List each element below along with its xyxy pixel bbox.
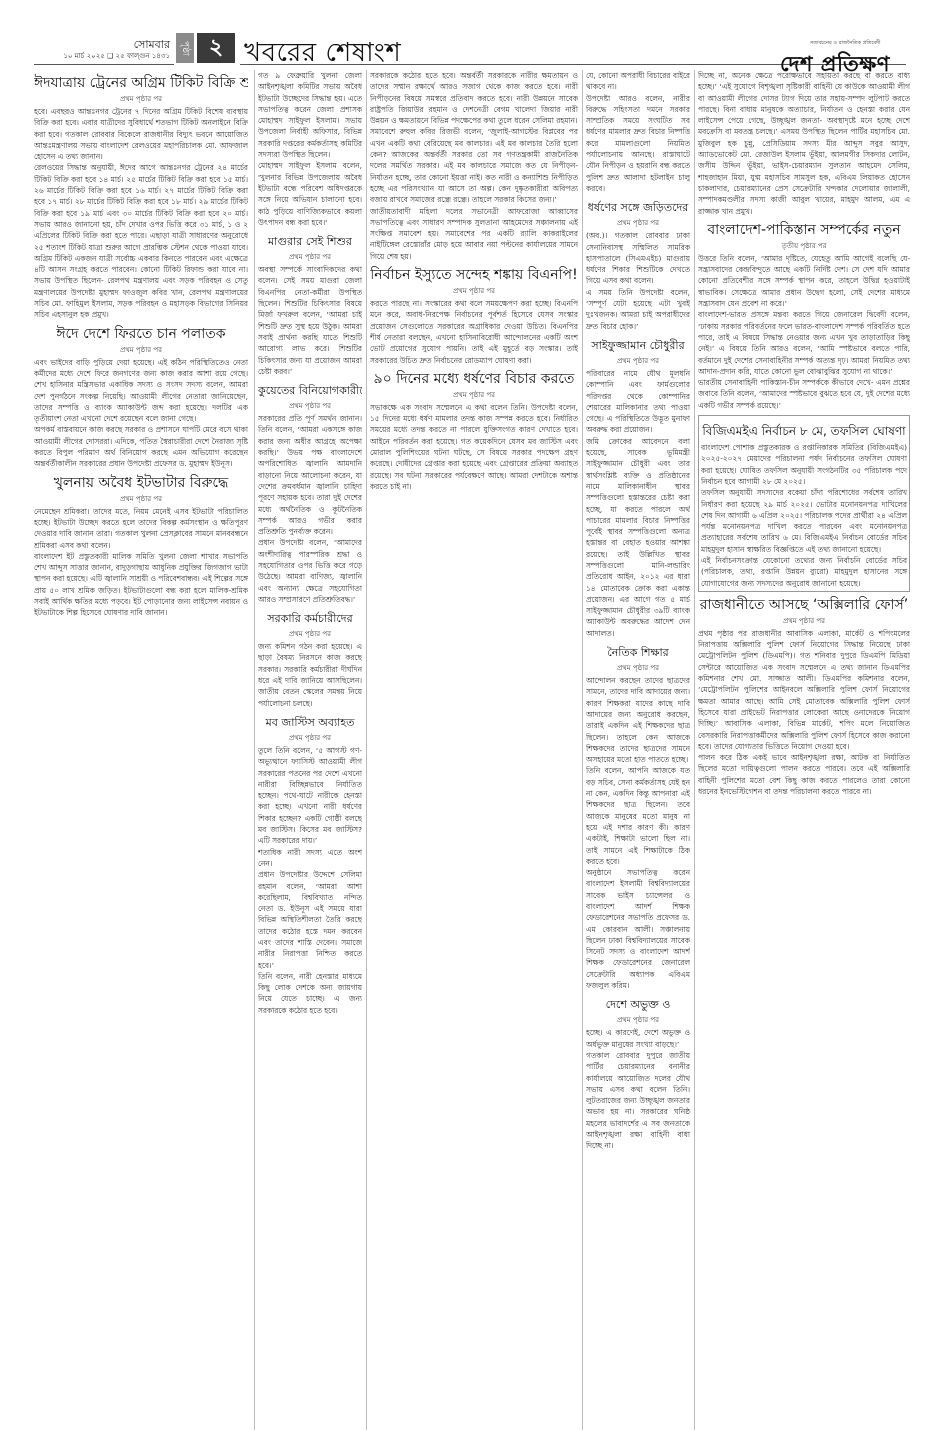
article-mob-justice: মব জাস্টিস অব্যাহত প্রথম পৃষ্ঠার পর তুলে… — [258, 712, 362, 1016]
article-ninety-days-trial: ৯০ দিনের মধ্যে ধর্ষণের বিচার করতে প্রথম … — [370, 369, 578, 492]
article-paragraph: প্রধান উপদেষ্টা বলেন, ‘আমাদের অংশীদারিত্… — [258, 537, 362, 605]
article-paragraph: সরকারকে কঠোর হতে হবে। অন্তর্বর্তী সরকারক… — [370, 70, 578, 126]
column-4: যে, কোনো অপরাধী বিচারের বাইরে থাকবে না। … — [586, 70, 690, 1430]
article-paragraph: বাংলাদেশ পোশাক প্রস্তুতকারক ও রপ্তানিকার… — [701, 442, 907, 487]
continued-label: প্রথম পৃষ্ঠার পর — [698, 616, 910, 626]
article-paragraph: করতে পারছে না। সংস্কারের কথা বলে সময়ক্ষ… — [370, 298, 578, 366]
column-divider — [582, 70, 583, 1430]
continued-label: প্রথম পৃষ্ঠার পর — [370, 390, 578, 400]
headline: রাজধানীতে আসছে ‘অক্সিলারি ফোর্স’ — [698, 595, 910, 616]
continued-label: প্রথম পৃষ্ঠার পর — [258, 252, 362, 262]
article-paragraph: ভারতীয় সেনাবাহিনী পাকিস্তান-চীন সম্পর্ক… — [698, 377, 910, 411]
headline: নির্বাচন ইস্যুতে সন্দেহ শঙ্কায় বিএনপি! — [370, 265, 578, 286]
column-divider — [366, 70, 367, 1430]
article-eid-train-tickets: ঈদযাত্রায় ট্রেনের অগ্রিম টিকিট বিক্রি শ… — [34, 73, 248, 321]
article-bd-pak-relations: বাংলাদেশ-পাকিস্তান সম্পর্কের নতুন তৃতীয়… — [698, 220, 910, 411]
article-auxiliary-force: রাজধানীতে আসছে ‘অক্সিলারি ফোর্স’ প্রথম প… — [698, 595, 910, 797]
article-govt-employees: সরকারি কর্মচারীদের প্রথম পৃষ্ঠার পর জন্য… — [258, 608, 362, 709]
column-5: দিচ্ছে না, অনেক ক্ষেত্রে পরোক্ষভাবে সহায… — [698, 70, 910, 1430]
article-rape-accused: ধর্ষণের সঙ্গে জড়িতদের প্রথম পৃষ্ঠার পর … — [586, 197, 690, 332]
article-paragraph: দিচ্ছে না, অনেক ক্ষেত্রে পরোক্ষভাবে সহায… — [698, 70, 910, 217]
continued-label: প্রথম পৃষ্ঠার পর — [34, 494, 248, 504]
article-paragraph: সমাবেশে রুহুল কবির রিজভী বলেন, ‘জুলাই-আগ… — [370, 126, 578, 205]
article-bgmea-election: বিজিএমইএ নির্বাচন ৮ মে, তফসিল ঘোষণা বাংল… — [698, 415, 910, 592]
article-paragraph: তিনি বলেন, আপনি আজকে যত বড় সচিব, সেনা ক… — [586, 765, 690, 867]
headline: নৈতিক শিক্ষার — [586, 642, 690, 663]
article-paragraph: (অব.)। গতকাল রোববার ঢাকা সেনানিবাসস্থ সম… — [586, 230, 690, 286]
article-khulna-brickfields: খুলনায় অবৈধ ইটভাটার বিরুদ্ধে প্রথম পৃষ্… — [34, 473, 248, 619]
article-paragraph: যে, কোনো অপরাধী বিচারের বাইরে থাকবে না। — [586, 70, 690, 93]
article-magura-child: মাগুরার সেই শিশুর প্রথম পৃষ্ঠার পর অবস্থ… — [258, 231, 362, 377]
article-paragraph: অপকর্ম বাস্তবায়নে কাজ করছে সরকার ও প্রশ… — [34, 424, 248, 469]
headline: খুলনায় অবৈধ ইটভাটার বিরুদ্ধে — [34, 473, 248, 494]
article-paragraph: প্রধান উপদেষ্টার উদ্দেশে সেলিমা রহমান বল… — [258, 869, 362, 971]
article-paragraph: আন্দোলন করছেন তাদের ছাত্রদের সামনে, তাদে… — [586, 675, 690, 765]
continued-label: প্রথম পৃষ্ঠার পর — [586, 218, 690, 228]
article-paragraph: পালন করে ঠিক একই ভাবে আইনশৃঙ্খলা রক্ষা, … — [698, 752, 910, 797]
headline: কুয়েতের বিনিয়োগকারীদের — [258, 380, 362, 401]
continued-label: প্রথম পৃষ্ঠার পর — [34, 345, 248, 355]
issue-date: ১০ মার্চ ২০২৫ ❑ ২৫ ফাল্গুন ১৪৩১ — [40, 50, 170, 62]
article-paragraph: এবং ভাইদের বাড়ি পুড়িয়ে দেয়া হয়েছে। … — [34, 357, 248, 425]
column-1: ঈদযাত্রায় ট্রেনের অগ্রিম টিকিট বিক্রি শ… — [34, 70, 248, 1430]
masthead: সোমবার ১০ মার্চ ২০২৫ ❑ ২৫ ফাল্গুন ১৪৩১ প… — [0, 0, 945, 62]
article-paragraph: শতাধিক নারী সদস্য এতে অংশ নেন। — [258, 847, 362, 870]
article-paragraph: এই নির্বাচনসংক্রান্ত যেকোনো তথ্যের জন্য … — [701, 555, 907, 589]
article-paragraph: সভাকক্ষে এক সংবাদ সম্মেলনে এ কথা বলেন তি… — [370, 402, 578, 492]
logo-tagline: সত্যবচনের ও রাজনৈতিক প্রতিবেদী — [810, 40, 890, 48]
article-paragraph: জমি ক্রোকের আবেদনে বলা হয়েছে, সাবেক ভূম… — [586, 436, 690, 639]
article-paragraph: সরকারের প্রতি পূর্ণ সমর্থন জানান। তিনি ব… — [258, 413, 362, 537]
headline: দেশে অভুক্ত ও — [586, 994, 690, 1015]
article-paragraph: বাংলাদেশ-ভারত প্রসঙ্গে মন্তব্য করতে গিয়… — [698, 309, 910, 377]
continued-label: প্রথম পৃষ্ঠার পর — [586, 1015, 690, 1025]
column-divider — [694, 70, 695, 1430]
article-paragraph: বাংলাদেশ ইট প্রস্তুতকারী মালিক সমিতি খুল… — [34, 551, 248, 619]
column-3: সরকারকে কঠোর হতে হবে। অন্তর্বর্তী সরকারক… — [370, 70, 578, 1430]
headline: বাংলাদেশ-পাকিস্তান সম্পর্কের নতুন — [698, 220, 910, 241]
article-bnp-election: সরকারকে কঠোর হতে হবে। অন্তর্বর্তী সরকারক… — [370, 70, 578, 366]
article-eid-fugitive: ঈদে দেশে ফিরতে চান পলাতক প্রথম পৃষ্ঠার প… — [34, 324, 248, 470]
headline: মাগুরার সেই শিশুর — [258, 231, 362, 252]
article-paragraph: অনুষ্ঠানে সভাপতিত্ব করেন বাংলাদেশ ইসলামী… — [586, 867, 690, 991]
page-tag: পৃষ্ঠা — [176, 33, 194, 63]
article-paragraph: রেলওয়ের সিদ্ধান্ত অনুযায়ী, ঈদের আগে আন… — [34, 162, 248, 320]
headline: সাইফুজ্জামান চৌধুরীর — [586, 335, 690, 356]
header-rule-left — [34, 64, 174, 65]
article-paragraph: হচ্ছে। এ কারণেই, দেশে অভুক্ত ও অর্ধভুক্ত… — [586, 1027, 690, 1050]
continued-label: প্রথম পৃষ্ঠার পর — [370, 286, 578, 296]
continued-label: প্রথম পৃষ্ঠার পর — [258, 733, 362, 743]
article-paragraph: উত্তরে তিনি বলেন, ‘আমার দৃষ্টিতে, যেহেতু… — [698, 253, 910, 309]
article-paragraph: অবস্থা সম্পর্কে সাংবাদিকদের কথা বলেন। সে… — [258, 264, 362, 377]
page-number: ২ — [197, 33, 235, 63]
column-2: গত ৯ ফেব্রুয়ারি খুলনা জেলা আইনশৃঙ্খলা ক… — [258, 70, 362, 1430]
article-paragraph: এ সময় তিনি উপদেষ্টা বলেন, ‘সম্পূর্ণ যেট… — [586, 287, 690, 332]
continued-label: প্রথম পৃষ্ঠার পর — [586, 356, 690, 366]
article-paragraph: উপদেষ্টা আরও বলেন, নারীর বিরুদ্ধে সহিংসত… — [586, 93, 690, 195]
article-paragraph: তফসিল অনুযায়ী সদস্যদের বকেয়া চাঁদা পরি… — [701, 487, 907, 555]
continued-label: প্রথম পৃষ্ঠার পর — [258, 401, 362, 411]
article-hungry-people: দেশে অভুক্ত ও প্রথম পৃষ্ঠার পর হচ্ছে। এ … — [586, 994, 690, 1151]
headline: বিজিএমইএ নির্বাচন ৮ মে, তফসিল ঘোষণা — [701, 421, 907, 442]
article-paragraph: জন্য কমিশন গঠন করা হয়েছে। এ ছাড়া বৈষম্… — [258, 641, 362, 709]
headline: মব জাস্টিস অব্যাহত — [258, 712, 362, 733]
headline: ধর্ষণের সঙ্গে জড়িতদের — [586, 197, 690, 218]
article-kuwait-investors: কুয়েতের বিনিয়োগকারীদের প্রথম পৃষ্ঠার প… — [258, 380, 362, 605]
continued-label: প্রথম পৃষ্ঠার পর — [34, 94, 248, 104]
article-paragraph: মোহাম্মদ সাইফুল ইসলাম বলেন, 'খুলনার বিভি… — [258, 160, 362, 228]
article-paragraph: প্রথম পৃষ্ঠার পর রাজধানীর আবাসিক এলাকা, … — [698, 628, 910, 752]
article-paragraph: পরিবারের নামে যৌথ মূলধনি কোম্পানি এবং ফা… — [586, 368, 690, 436]
headline: ঈদে দেশে ফিরতে চান পলাতক — [34, 324, 248, 345]
article-paragraph: জাতীয়তাবাদী মহিলা দলের সভানেত্রী আফরোজা… — [370, 206, 578, 262]
article-paragraph: গতকাল রোববার দুপুরে জাতীয় পার্টির চেয়া… — [586, 1050, 690, 1152]
column-divider — [254, 70, 255, 1430]
headline: ৯০ দিনের মধ্যে ধর্ষণের বিচার করতে — [370, 369, 578, 390]
article-moral-education: নৈতিক শিক্ষার প্রথম পৃষ্ঠার পর আন্দোলন ক… — [586, 642, 690, 991]
continued-label: তৃতীয় পৃষ্ঠার পর — [698, 241, 910, 251]
article-saifuzzaman: সাইফুজ্জামান চৌধুরীর প্রথম পৃষ্ঠার পর পর… — [586, 335, 690, 639]
headline: ঈদযাত্রায় ট্রেনের অগ্রিম টিকিট বিক্রি শ… — [34, 73, 248, 94]
article-paragraph: হবে। এবছরও আন্তঃনগর ট্রেনের ৭ দিনের অগ্র… — [34, 106, 248, 162]
article-paragraph: নেমেছেন শ্রমিকরা। তাদের মতে, নিয়ম মেনেই… — [34, 506, 248, 551]
article-paragraph: তুলে তিনি বলেন, ‘৫ আগস্ট গণ-অভ্যুত্থানে … — [258, 745, 362, 847]
article-paragraph: তিনি বলেন, নারী হেনস্তার মাধ্যমে কিছু লো… — [258, 971, 362, 1016]
article-paragraph: গত ৯ ফেব্রুয়ারি খুলনা জেলা আইনশৃঙ্খলা ক… — [258, 70, 362, 160]
headline: সরকারি কর্মচারীদের — [258, 608, 362, 629]
continued-label: প্রথম পৃষ্ঠার পর — [586, 663, 690, 673]
continued-label: প্রথম পৃষ্ঠার পর — [258, 629, 362, 639]
